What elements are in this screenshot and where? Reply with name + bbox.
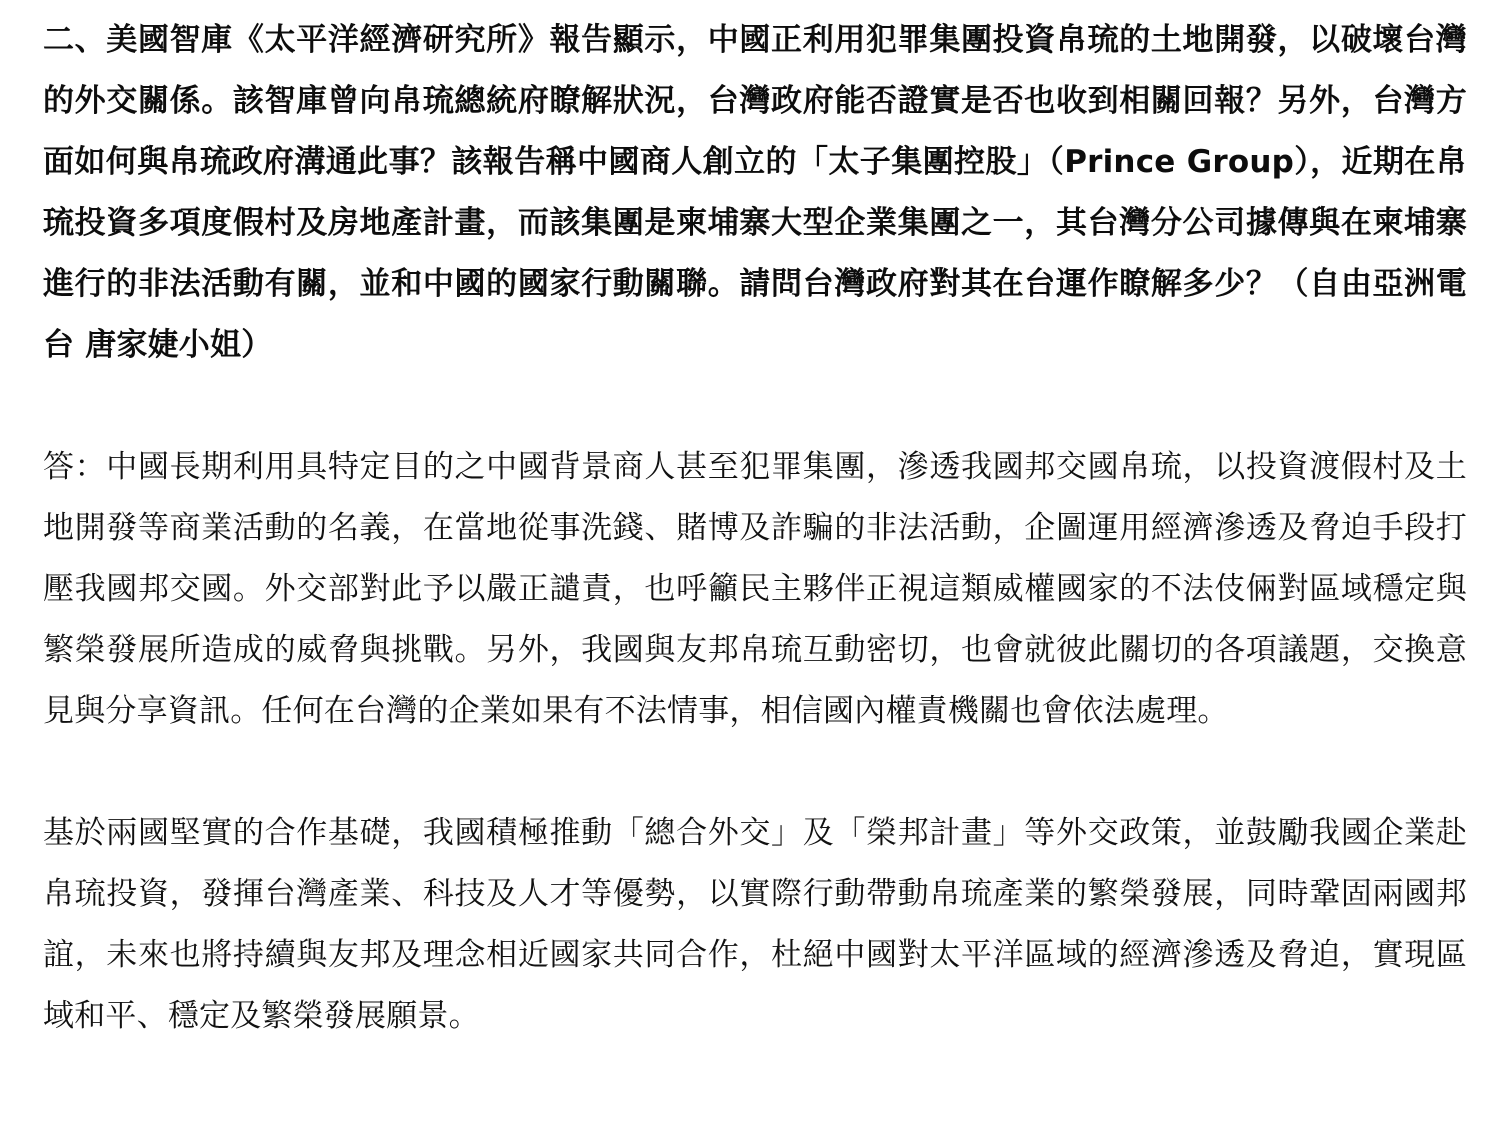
question-paragraph: 二、美國智庫《太平洋經濟研究所》報告顯示，中國正利用犯罪集團投資帛琉的土地開發，… <box>43 10 1467 376</box>
document-body: 二、美國智庫《太平洋經濟研究所》報告顯示，中國正利用犯罪集團投資帛琉的土地開發，… <box>43 10 1467 1047</box>
answer-paragraph: 答：中國長期利用具特定目的之中國背景商人甚至犯罪集團，滲透我國邦交國帛琉，以投資… <box>43 437 1467 742</box>
closing-paragraph: 基於兩國堅實的合作基礎，我國積極推動「總合外交」及「榮邦計畫」等外交政策，並鼓勵… <box>43 803 1467 1047</box>
